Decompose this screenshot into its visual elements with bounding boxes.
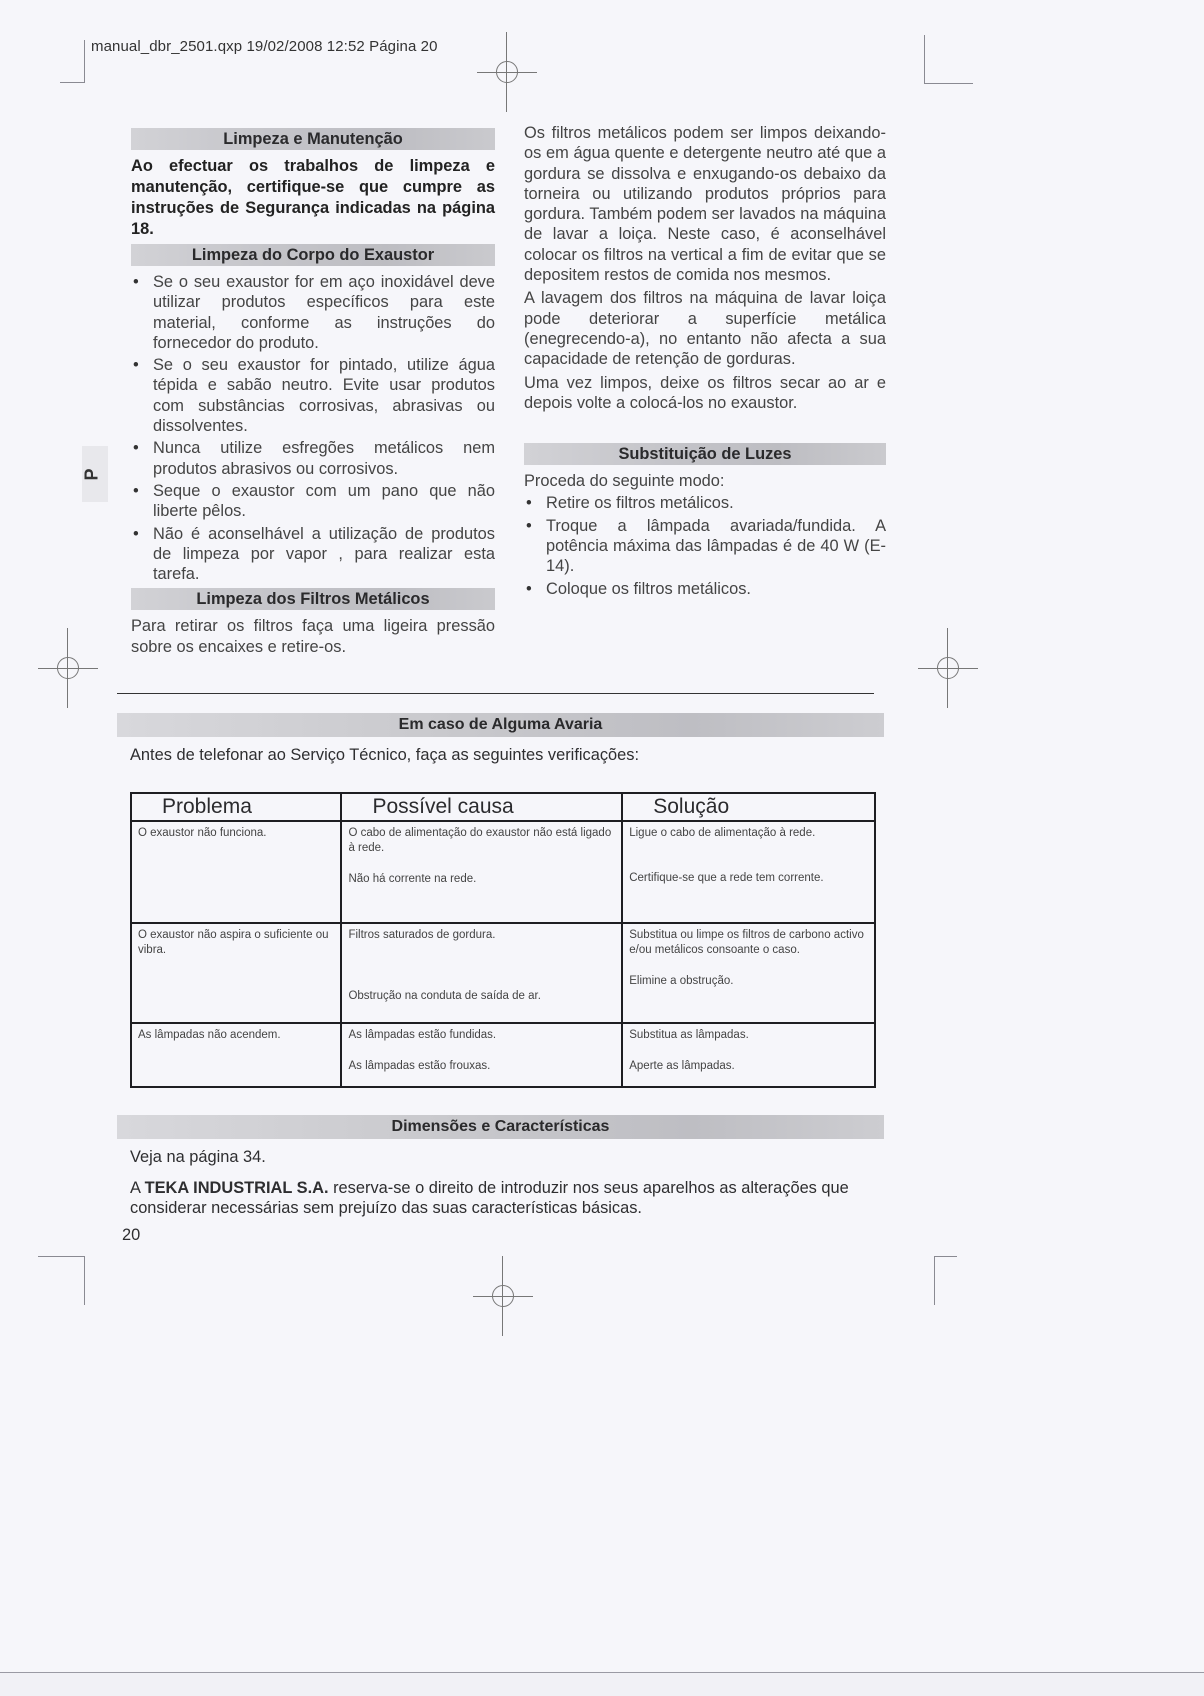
registration-mark-bottom (473, 1256, 533, 1336)
list-item: Se o seu exaustor for pintado, utilize á… (131, 355, 495, 436)
company-name: TEKA INDUSTRIAL S.A. (145, 1179, 329, 1197)
column-header: Problema (131, 793, 341, 821)
cause-cell: Filtros saturados de gordura. Obstrução … (341, 923, 622, 1023)
divider (117, 693, 874, 694)
section-title-dimensions: Dimensões e Características (117, 1115, 884, 1139)
cause-cell: As lâmpadas estão fundidas. As lâmpadas … (341, 1023, 622, 1087)
table-row: O exaustor não aspira o suficiente ou vi… (131, 923, 875, 1023)
section-title-body-cleaning: Limpeza do Corpo do Exaustor (131, 244, 495, 266)
section-title-filter-cleaning: Limpeza dos Filtros Metálicos (131, 588, 495, 610)
filter-paragraph: Uma vez limpos, deixe os filtros secar a… (524, 373, 886, 414)
crop-mark-bottom-left (38, 1256, 85, 1305)
procedure-intro: Proceda do seguinte modo: (524, 471, 886, 491)
dimensions-text: Veja na página 34. (130, 1148, 266, 1167)
list-item: Retire os filtros metálicos. (524, 493, 886, 513)
list-item: Se o seu exaustor for em aço inoxidável … (131, 272, 495, 353)
troubleshooting-intro: Antes de telefonar ao Serviço Técnico, f… (130, 746, 639, 765)
lights-list: Retire os filtros metálicos. Troque a lâ… (524, 493, 886, 598)
crop-mark-top-left (60, 40, 85, 83)
section-title-lights: Substituição de Luzes (524, 443, 886, 465)
list-item: Coloque os filtros metálicos. (524, 579, 886, 599)
print-slug: manual_dbr_2501.qxp 19/02/2008 12:52 Pág… (91, 38, 438, 55)
table-header-row: Problema Possível causa Solução (131, 793, 875, 821)
disclaimer: A TEKA INDUSTRIAL S.A. reserva-se o dire… (130, 1178, 890, 1218)
left-column: Limpeza e Manutenção Ao efectuar os trab… (131, 124, 495, 657)
solution-cell: Ligue o cabo de alimentação à rede. Cert… (622, 821, 875, 923)
filter-paragraph: Os filtros metálicos podem ser limpos de… (524, 123, 886, 285)
crop-mark-top-right (924, 35, 973, 84)
solution-cell: Substitua ou limpe os filtros de carbono… (622, 923, 875, 1023)
list-item: Nunca utilize esfregões metálicos nem pr… (131, 438, 495, 479)
section-title-cleaning: Limpeza e Manutenção (131, 128, 495, 150)
solution-cell: Substitua as lâmpadas. Aperte as lâmpada… (622, 1023, 875, 1087)
filter-paragraph: A lavagem dos filtros na máquina de lava… (524, 288, 886, 369)
registration-mark-top (477, 32, 537, 112)
filter-removal-text: Para retirar os filtros faça uma ligeira… (131, 616, 495, 657)
list-item: Seque o exaustor com um pano que não lib… (131, 481, 495, 522)
column-header: Possível causa (341, 793, 622, 821)
column-header: Solução (622, 793, 875, 821)
troubleshooting-table: Problema Possível causa Solução O exaust… (130, 792, 876, 1088)
right-column: Os filtros metálicos podem ser limpos de… (524, 123, 886, 601)
registration-mark-left (38, 628, 98, 708)
language-tab: P (82, 446, 108, 502)
table-row: O exaustor não funciona. O cabo de alime… (131, 821, 875, 923)
problem-cell: O exaustor não aspira o suficiente ou vi… (131, 923, 341, 1023)
table-row: As lâmpadas não acendem. As lâmpadas est… (131, 1023, 875, 1087)
section-title-troubleshooting: Em caso de Alguma Avaria (117, 713, 884, 737)
body-cleaning-list: Se o seu exaustor for em aço inoxidável … (131, 272, 495, 584)
page-number: 20 (122, 1226, 140, 1245)
registration-mark-right (918, 628, 978, 708)
list-item: Troque a lâmpada avariada/fundida. A pot… (524, 516, 886, 577)
crop-mark-bottom-right (934, 1256, 957, 1305)
list-item: Não é aconselhável a utilização de produ… (131, 524, 495, 585)
cause-cell: O cabo de alimentação do exaustor não es… (341, 821, 622, 923)
safety-intro: Ao efectuar os trabalhos de limpeza e ma… (131, 156, 495, 240)
manual-page: manual_dbr_2501.qxp 19/02/2008 12:52 Pág… (0, 0, 1204, 1673)
problem-cell: O exaustor não funciona. (131, 821, 341, 923)
problem-cell: As lâmpadas não acendem. (131, 1023, 341, 1087)
